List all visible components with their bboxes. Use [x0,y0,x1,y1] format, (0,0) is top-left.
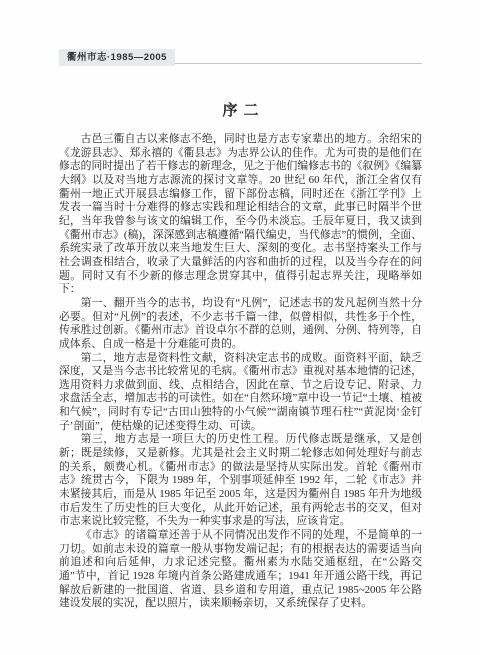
paragraph-2: 第一、翻开当今的志书，均设有“凡例”，记述志书的发凡起例当然十分必要。但对“凡例… [59,297,422,352]
paragraph-5: 《市志》的诸篇章还善于从不同情况出发作不同的处理，不是简单的一刀切。如前志未设的… [59,529,422,611]
running-header: 衢州市志·1985—2005 [59,47,422,64]
book-title-label: 衢州市志·1985—2005 [59,49,175,66]
book-page: 衢州市志·1985—2005 序二 古邑三衢自古以来修志不绝，同时也是方志专家辈… [0,0,480,655]
paragraph-1: 古邑三衢自古以来修志不绝，同时也是方志专家辈出的地方。余绍宋的《龙游县志》、郑永… [59,133,422,297]
page-title: 序二 [59,99,422,120]
document-body: 古邑三衢自古以来修志不绝，同时也是方志专家辈出的地方。余绍宋的《龙游县志》、郑永… [59,133,422,611]
paragraph-3: 第二，地方志是资料性文献，资料决定志书的成败。面资料平面，缺乏深度，又是当今志书… [59,352,422,434]
paragraph-4: 第三，地方志是一项巨大的历史性工程。历代修志既是继承，又是创新；既是续修，又是新… [59,433,422,529]
